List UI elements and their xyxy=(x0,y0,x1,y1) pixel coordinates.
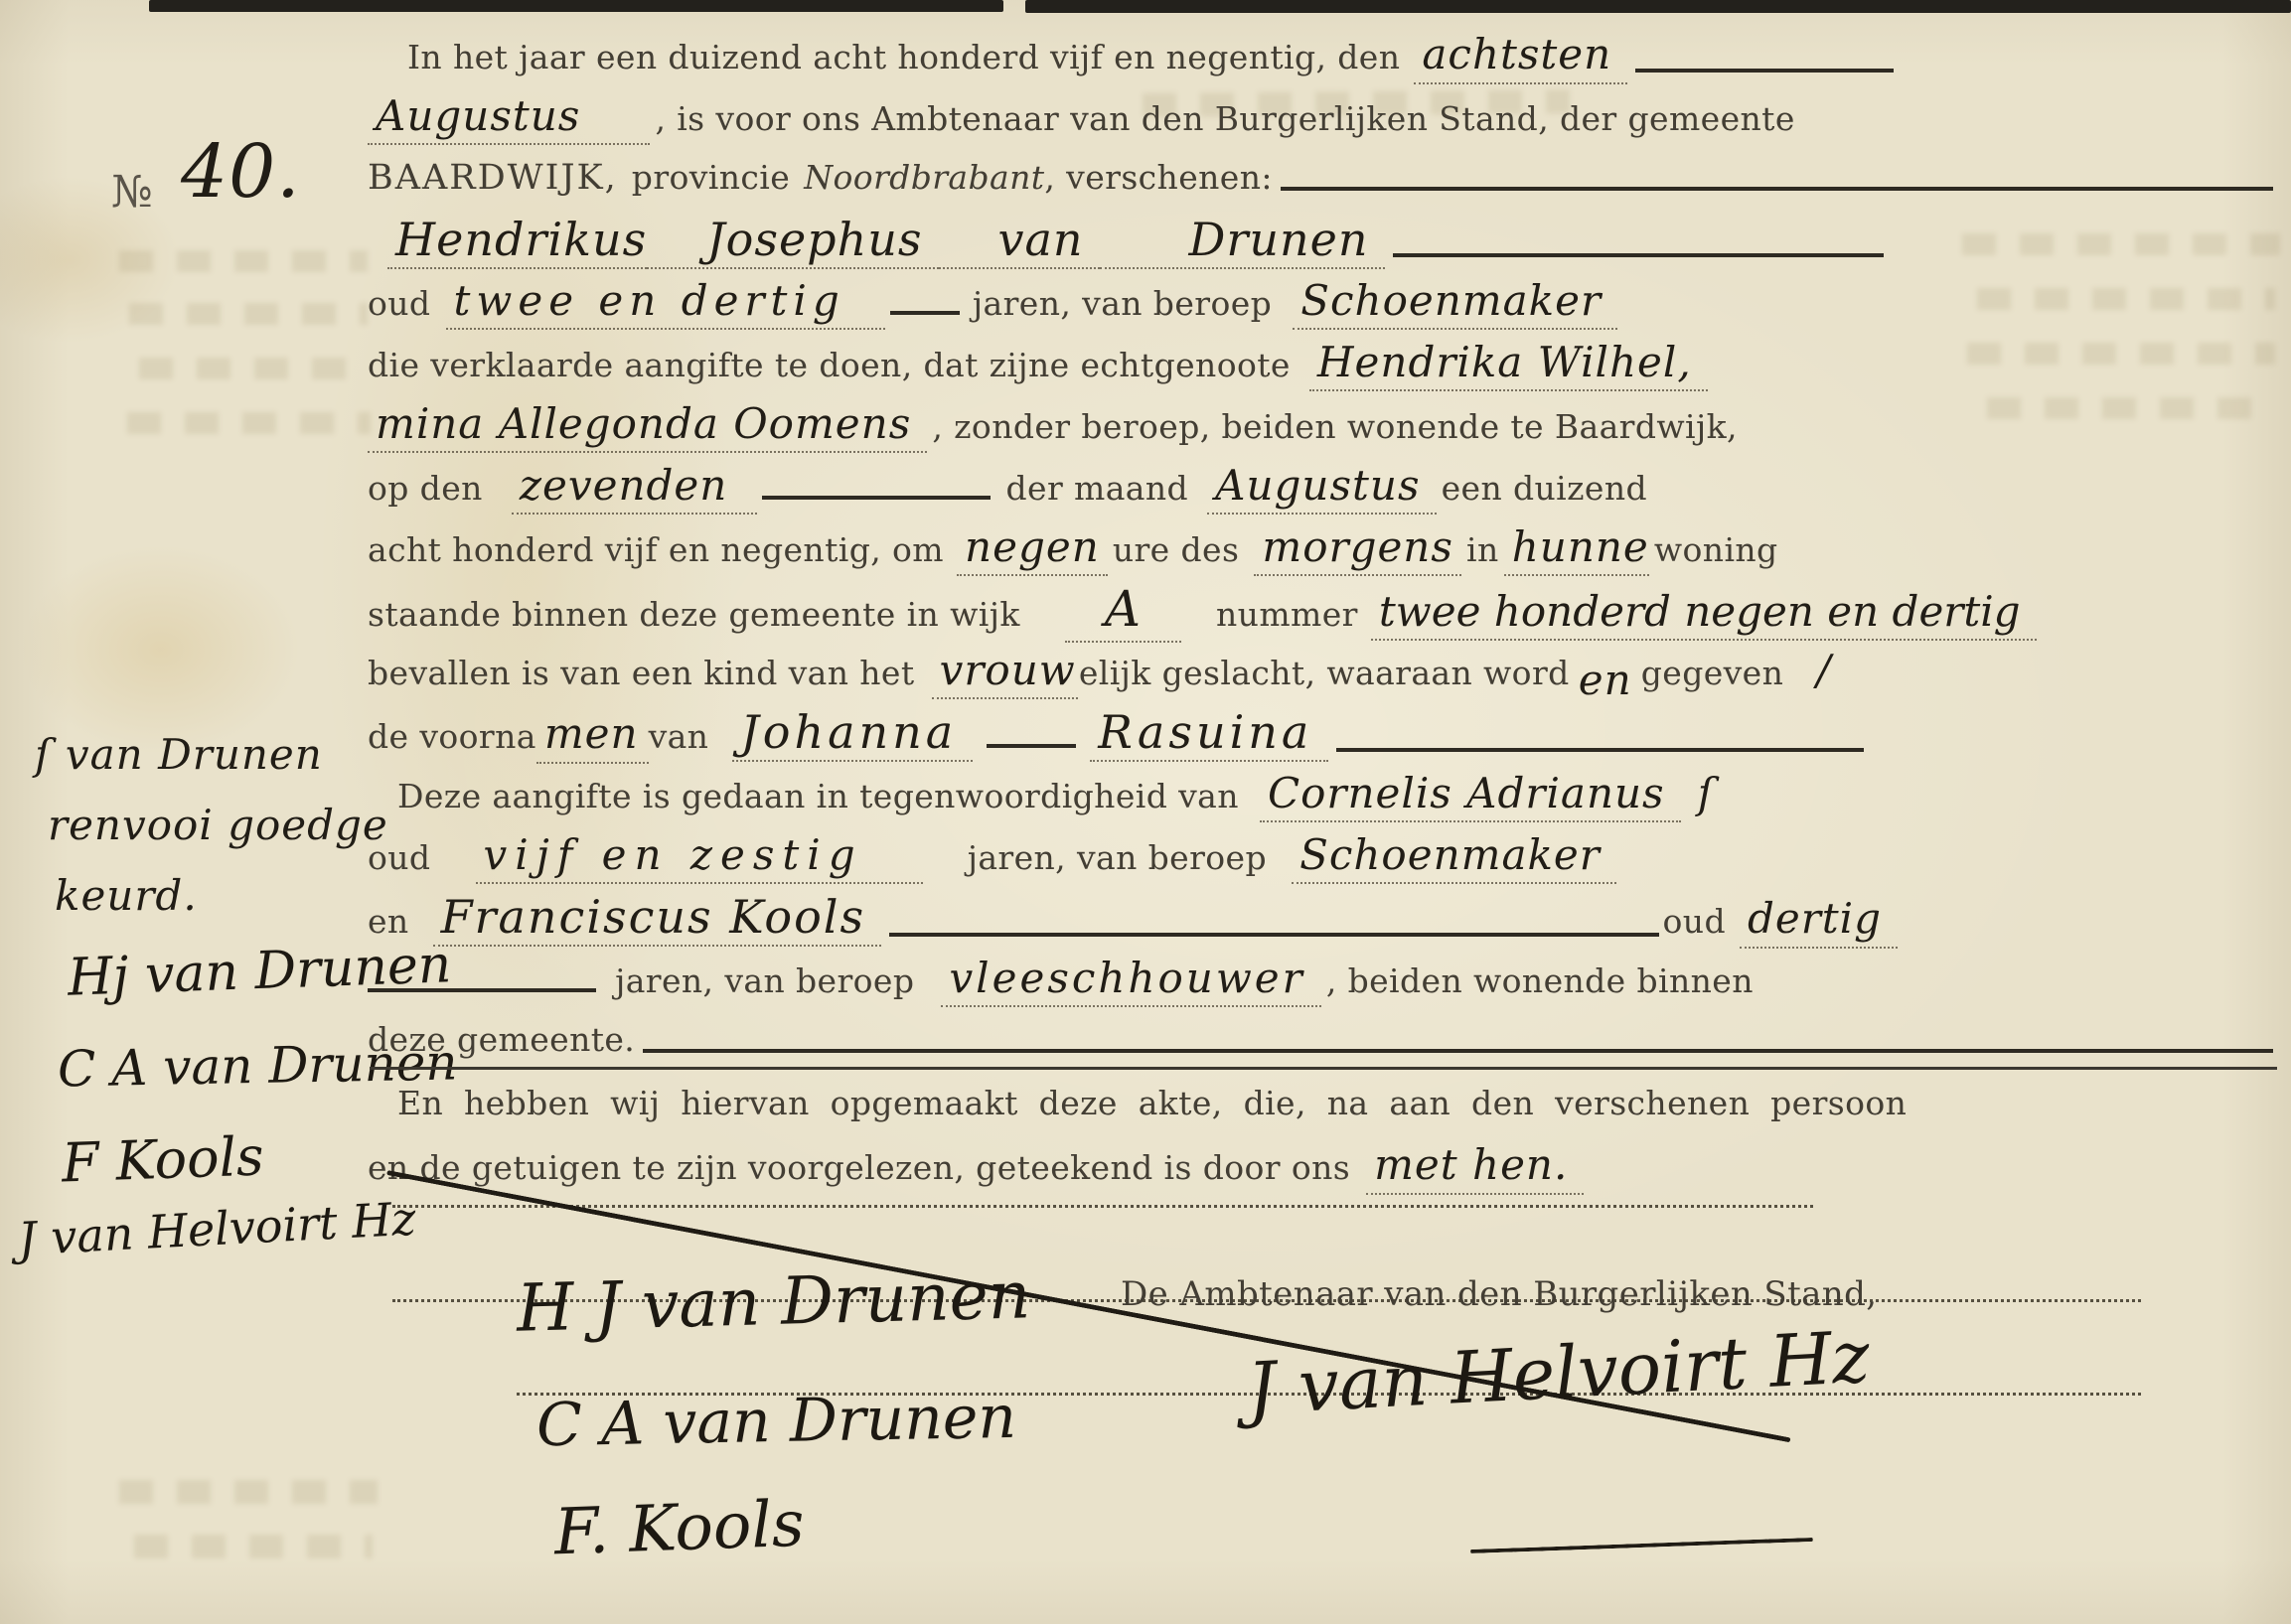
printed-segment: elijk geslacht, waaraan word xyxy=(1079,654,1570,692)
signature-witness1: C A van Drunen xyxy=(535,1383,1016,1460)
form-line-8: op den zevenden der maand Augustus een d… xyxy=(368,461,1647,519)
scan-edge-bar-left xyxy=(149,0,1003,12)
printed-segment: oud xyxy=(368,838,430,877)
printed-segment: een duizend xyxy=(1442,469,1647,508)
form-line-12: de voorna men van Johanna Rasuina xyxy=(368,707,1868,764)
stroke-mark: ſ xyxy=(1698,769,1715,817)
signature-underline-stroke xyxy=(1470,1538,1813,1553)
mother-name-part2: mina Allegonda Oomens xyxy=(368,399,927,453)
time-of-day: morgens xyxy=(1254,522,1461,576)
birth-month: Augustus xyxy=(1207,461,1436,515)
witness1-occupation: Schoenmaker xyxy=(1292,830,1616,884)
printed-segment: jaren, van beroep xyxy=(973,284,1272,323)
printed-segment: de voorna xyxy=(368,712,536,762)
printed-segment: jaren, van beroep xyxy=(968,838,1267,877)
closing-phrase: met hen. xyxy=(1366,1140,1584,1195)
bleedthrough-mark xyxy=(134,1535,373,1558)
blank-dotted-line xyxy=(392,1205,1813,1208)
handwritten-day: achtsten xyxy=(1414,30,1627,84)
rule-filler xyxy=(987,740,1076,748)
form-line-3: BAARDWIJK, provincie Noordbrabant , vers… xyxy=(368,153,2277,203)
bleedthrough-mark xyxy=(119,1480,378,1504)
printed-segment: in xyxy=(1466,530,1499,569)
printed-segment: staande binnen deze gemeente in wijk xyxy=(368,595,1020,634)
record-number-symbol: № xyxy=(111,167,153,218)
margin-note-line2: renvooi goedge xyxy=(48,801,388,849)
signature-registrar: J van Helvoirt Hz xyxy=(1245,1315,1872,1431)
printed-segment: woning xyxy=(1654,530,1778,569)
section-divider-line xyxy=(370,1067,2277,1070)
witness2-name: Franciscus Kools xyxy=(433,892,882,947)
registrar-title: De Ambtenaar van den Burgerlijken Stand, xyxy=(1121,1274,1878,1314)
form-line-5: oud twee en dertig jaren, van beroep Sch… xyxy=(368,276,1617,335)
printed-segment: acht honderd vijf en negentig, om xyxy=(368,530,944,569)
form-line-2: Augustus , is voor ons Ambtenaar van den… xyxy=(368,91,1795,150)
signature-declarant: H J van Drunen xyxy=(516,1256,1031,1347)
rule-filler xyxy=(643,1045,2273,1053)
form-line-13: Deze aangifte is gedaan in tegenwoordigh… xyxy=(397,769,1714,827)
form-line-9: acht honderd vijf en negentig, om negen … xyxy=(368,522,1778,581)
witness1-name: Cornelis Adrianus xyxy=(1260,769,1681,822)
margin-note-line1: ſ van Drunen xyxy=(35,730,323,779)
witness2-occupation: vleeschhouwer xyxy=(941,954,1320,1007)
printed-segment: , is voor ons Ambtenaar van den Burgerli… xyxy=(655,99,1794,138)
child-second-name: Rasuina xyxy=(1090,707,1328,762)
printed-segment: provincie xyxy=(632,153,790,203)
rule-filler xyxy=(890,307,960,315)
margin-note-line3: keurd. xyxy=(55,871,198,920)
form-line-10: staande binnen deze gemeente in wijk A n… xyxy=(368,584,2037,646)
rule-filler xyxy=(1281,183,2273,191)
declarant-name: Drunen xyxy=(1100,215,1385,269)
province-name: Noordbrabant xyxy=(804,153,1044,203)
record-number-value: 40. xyxy=(181,129,301,215)
form-line-16: jaren, van beroep vleeschhouwer , beiden… xyxy=(368,954,1754,1012)
printed-segment: nummer xyxy=(1216,595,1358,634)
form-line-7: mina Allegonda Oomens , zonder beroep, b… xyxy=(368,399,1738,458)
printed-segment: En hebben wij hiervan opgemaakt deze akt… xyxy=(397,1084,1907,1122)
child-first-name: Johanna xyxy=(732,707,973,762)
declarant-age: twee en dertig xyxy=(446,276,885,330)
bleedthrough-mark xyxy=(139,358,368,379)
form-line-15: en Franciscus Kools oud dertig xyxy=(368,892,1898,949)
rule-filler xyxy=(1393,249,1884,257)
form-line-14: oud vijf en zestig jaren, van beroep Sch… xyxy=(368,830,1616,889)
rule-filler xyxy=(1635,65,1894,73)
rule-filler xyxy=(762,492,991,500)
handwritten-month: Augustus xyxy=(368,91,650,145)
witness1-age: vijf en zestig xyxy=(476,830,923,884)
printed-segment: en xyxy=(368,897,409,947)
rule-filler xyxy=(1336,744,1864,752)
form-line-4: Hendrikus Josephus van Drunen xyxy=(387,215,1888,269)
printed-segment: , beiden wonende binnen xyxy=(1326,961,1754,1000)
district-letter: A xyxy=(1065,580,1181,643)
handwritten-segment: hunne xyxy=(1504,522,1649,576)
printed-segment: , verschenen: xyxy=(1044,153,1272,203)
child-gender: vrouw xyxy=(932,646,1078,699)
form-line-17: deze gemeente. xyxy=(368,1015,2277,1065)
act-body: In het jaar een duizend acht honderd vij… xyxy=(368,28,2280,1220)
form-line-19: en de getuigen te zijn voorgelezen, gete… xyxy=(368,1140,1441,1195)
handwritten-correction: en xyxy=(1579,656,1632,704)
witness2-age: dertig xyxy=(1740,894,1898,949)
printed-segment: In het jaar een duizend acht honderd vij… xyxy=(407,33,1400,82)
printed-segment: ure des xyxy=(1113,530,1239,569)
declarant-name: Hendrikus xyxy=(387,215,647,269)
printed-segment: bevallen is van een kind van het xyxy=(368,654,915,692)
bleedthrough-mark xyxy=(127,412,371,434)
printed-segment: oud xyxy=(1663,897,1726,947)
bleedthrough-mark xyxy=(129,303,368,325)
signature-witness2: F. Kools xyxy=(553,1488,806,1570)
declarant-occupation: Schoenmaker xyxy=(1293,276,1617,330)
margin-signature-witness2: F Kools xyxy=(61,1124,265,1194)
margin-signature-registrar: J van Helvoirt Hz xyxy=(17,1192,417,1266)
house-number: twee honderd negen en dertig xyxy=(1371,587,2037,641)
form-line-11: bevallen is van een kind van het vrouw e… xyxy=(368,646,1832,704)
mother-name-part1: Hendrika Wilhel, xyxy=(1309,338,1708,391)
stroke-mark: / xyxy=(1816,646,1831,694)
printed-segment: van xyxy=(649,712,709,762)
printed-segment: oud xyxy=(368,284,430,323)
printed-segment: jaren, van beroep xyxy=(615,961,914,1000)
bleedthrough-mark xyxy=(119,250,368,272)
form-line-1: In het jaar een duizend acht honderd vij… xyxy=(407,30,1898,84)
printed-segment: Deze aangifte is gedaan in tegenwoordigh… xyxy=(397,777,1239,815)
printed-segment: gegeven xyxy=(1641,654,1784,692)
printed-segment: deze gemeente. xyxy=(368,1015,635,1065)
printed-segment: , zonder beroep, beiden wonende te Baard… xyxy=(932,407,1738,446)
handwritten-segment: men xyxy=(536,709,649,764)
printed-segment: en de getuigen te zijn voorgelezen, gete… xyxy=(368,1143,1350,1193)
printed-segment: op den xyxy=(368,469,483,508)
form-line-18: En hebben wij hiervan opgemaakt deze akt… xyxy=(397,1079,1907,1134)
printed-segment: die verklaarde aangifte te doen, dat zij… xyxy=(368,346,1291,384)
rule-filler xyxy=(368,984,596,992)
form-line-6: die verklaarde aangifte te doen, dat zij… xyxy=(368,338,1708,396)
municipality-name: BAARDWIJK, xyxy=(368,153,618,203)
rule-filler xyxy=(889,929,1658,937)
scan-edge-bar-right xyxy=(1025,0,2291,13)
birth-certificate-page: № 40. ſ van Drunen renvooi goedge keurd.… xyxy=(0,0,2291,1624)
birth-day: zevenden xyxy=(512,461,757,515)
birth-hour: negen xyxy=(957,522,1108,576)
declarant-name: van xyxy=(939,215,1100,269)
printed-segment: der maand xyxy=(1006,469,1189,508)
declarant-name: Josephus xyxy=(647,215,938,269)
